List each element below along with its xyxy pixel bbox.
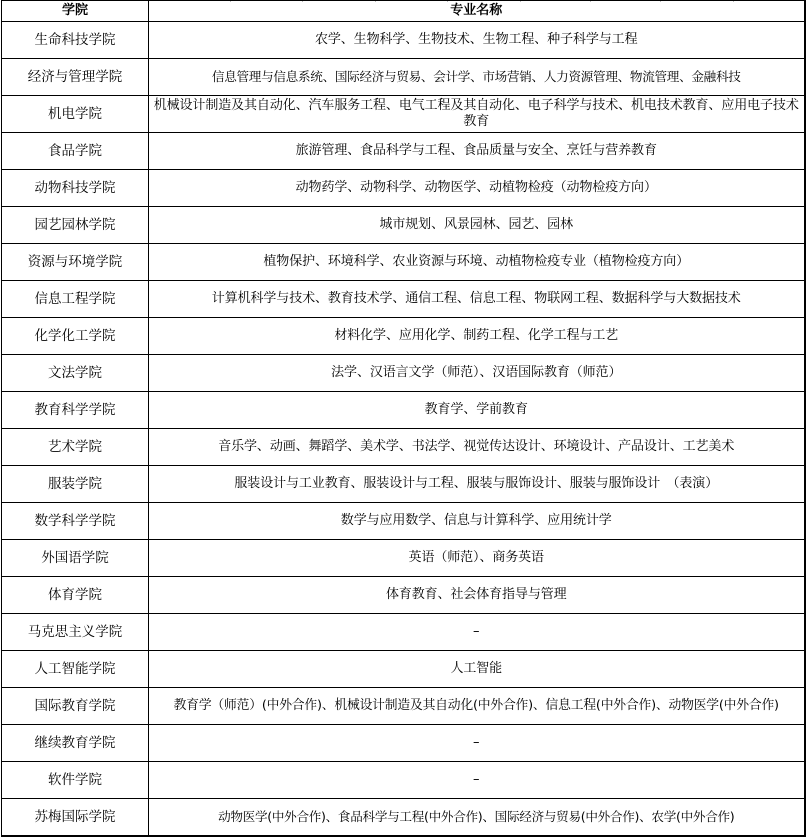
table-row: 生命科技学院 农学、生物科学、生物技术、生物工程、种子科学与工程 (2, 22, 805, 59)
majors-cell: 计算机科学与技术、教育技术学、通信工程、信息工程、物联网工程、数据科学与大数据技… (149, 281, 805, 318)
majors-cell: 旅游管理、食品科学与工程、食品质量与安全、烹饪与营养教育 (149, 133, 805, 170)
majors-cell: 信息管理与信息系统、国际经济与贸易、会计学、市场营销、人力资源管理、物流管理、金… (149, 59, 805, 96)
table-row: 外国语学院 英语（师范）、商务英语 (2, 540, 805, 577)
header-row: 学院 专业名称 (2, 1, 805, 22)
college-cell: 外国语学院 (2, 540, 149, 577)
majors-cell: – (149, 762, 805, 799)
majors-cell: 教育学（师范）(中外合作)、机械设计制造及其自动化(中外合作)、信息工程(中外合… (149, 688, 805, 725)
majors-cell: 农学、生物科学、生物技术、生物工程、种子科学与工程 (149, 22, 805, 59)
majors-cell: 人工智能 (149, 651, 805, 688)
header-majors: 专业名称 (149, 1, 805, 22)
college-cell: 教育科学学院 (2, 392, 149, 429)
majors-cell: 体育教育、社会体育指导与管理 (149, 577, 805, 614)
college-cell: 软件学院 (2, 762, 149, 799)
table-row: 数学科学学院 数学与应用数学、信息与计算科学、应用统计学 (2, 503, 805, 540)
college-cell: 数学科学学院 (2, 503, 149, 540)
table-row: 园艺园林学院 城市规划、风景园林、园艺、园林 (2, 207, 805, 244)
majors-cell: 服装设计与工业教育、服装设计与工程、服装与服饰设计、服装与服饰设计 （表演） (149, 466, 805, 503)
table-row: 教育科学学院 教育学、学前教育 (2, 392, 805, 429)
table-row: 软件学院 – (2, 762, 805, 799)
table-row: 动物科技学院 动物药学、动物科学、动物医学、动植物检疫（动物检疫方向） (2, 170, 805, 207)
table-row: 信息工程学院 计算机科学与技术、教育技术学、通信工程、信息工程、物联网工程、数据… (2, 281, 805, 318)
college-cell: 食品学院 (2, 133, 149, 170)
header-college: 学院 (2, 1, 149, 22)
table-row: 化学化工学院 材料化学、应用化学、制药工程、化学工程与工艺 (2, 318, 805, 355)
table-row: 苏梅国际学院 动物医学(中外合作)、食品科学与工程(中外合作)、国际经济与贸易(… (2, 799, 805, 837)
college-cell: 资源与环境学院 (2, 244, 149, 281)
college-cell: 马克思主义学院 (2, 614, 149, 651)
majors-cell: 机械设计制造及其自动化、汽车服务工程、电气工程及其自动化、电子科学与技术、机电技… (149, 96, 805, 133)
majors-cell: 数学与应用数学、信息与计算科学、应用统计学 (149, 503, 805, 540)
table-row: 马克思主义学院 – (2, 614, 805, 651)
college-cell: 经济与管理学院 (2, 59, 149, 96)
college-cell: 苏梅国际学院 (2, 799, 149, 837)
table-row: 机电学院 机械设计制造及其自动化、汽车服务工程、电气工程及其自动化、电子科学与技… (2, 96, 805, 133)
majors-cell: 城市规划、风景园林、园艺、园林 (149, 207, 805, 244)
majors-cell: 动物医学(中外合作)、食品科学与工程(中外合作)、国际经济与贸易(中外合作)、农… (149, 799, 805, 837)
table-row: 继续教育学院 – (2, 725, 805, 762)
college-cell: 信息工程学院 (2, 281, 149, 318)
college-cell: 人工智能学院 (2, 651, 149, 688)
table-row: 文法学院 法学、汉语言文学（师范）、汉语国际教育（师范） (2, 355, 805, 392)
college-cell: 艺术学院 (2, 429, 149, 466)
college-cell: 体育学院 (2, 577, 149, 614)
majors-cell: 英语（师范）、商务英语 (149, 540, 805, 577)
table-row: 经济与管理学院 信息管理与信息系统、国际经济与贸易、会计学、市场营销、人力资源管… (2, 59, 805, 96)
table-row: 艺术学院 音乐学、动画、舞蹈学、美术学、书法学、视觉传达设计、环境设计、产品设计… (2, 429, 805, 466)
table-row: 资源与环境学院 植物保护、环境科学、农业资源与环境、动植物检疫专业（植物检疫方向… (2, 244, 805, 281)
college-majors-table: 学院 专业名称 生命科技学院 农学、生物科学、生物技术、生物工程、种子科学与工程… (1, 0, 806, 837)
college-cell: 园艺园林学院 (2, 207, 149, 244)
majors-cell: 动物药学、动物科学、动物医学、动植物检疫（动物检疫方向） (149, 170, 805, 207)
college-cell: 机电学院 (2, 96, 149, 133)
college-cell: 动物科技学院 (2, 170, 149, 207)
majors-cell: 音乐学、动画、舞蹈学、美术学、书法学、视觉传达设计、环境设计、产品设计、工艺美术 (149, 429, 805, 466)
table-row: 食品学院 旅游管理、食品科学与工程、食品质量与安全、烹饪与营养教育 (2, 133, 805, 170)
college-cell: 文法学院 (2, 355, 149, 392)
majors-cell: 植物保护、环境科学、农业资源与环境、动植物检疫专业（植物检疫方向） (149, 244, 805, 281)
majors-cell: 法学、汉语言文学（师范）、汉语国际教育（师范） (149, 355, 805, 392)
college-cell: 继续教育学院 (2, 725, 149, 762)
majors-cell: 教育学、学前教育 (149, 392, 805, 429)
college-cell: 国际教育学院 (2, 688, 149, 725)
college-cell: 生命科技学院 (2, 22, 149, 59)
majors-cell: 材料化学、应用化学、制药工程、化学工程与工艺 (149, 318, 805, 355)
table-row: 服装学院 服装设计与工业教育、服装设计与工程、服装与服饰设计、服装与服饰设计 （… (2, 466, 805, 503)
table-row: 国际教育学院 教育学（师范）(中外合作)、机械设计制造及其自动化(中外合作)、信… (2, 688, 805, 725)
college-cell: 化学化工学院 (2, 318, 149, 355)
table-row: 体育学院 体育教育、社会体育指导与管理 (2, 577, 805, 614)
majors-cell: – (149, 614, 805, 651)
college-cell: 服装学院 (2, 466, 149, 503)
majors-cell: – (149, 725, 805, 762)
table-row: 人工智能学院 人工智能 (2, 651, 805, 688)
